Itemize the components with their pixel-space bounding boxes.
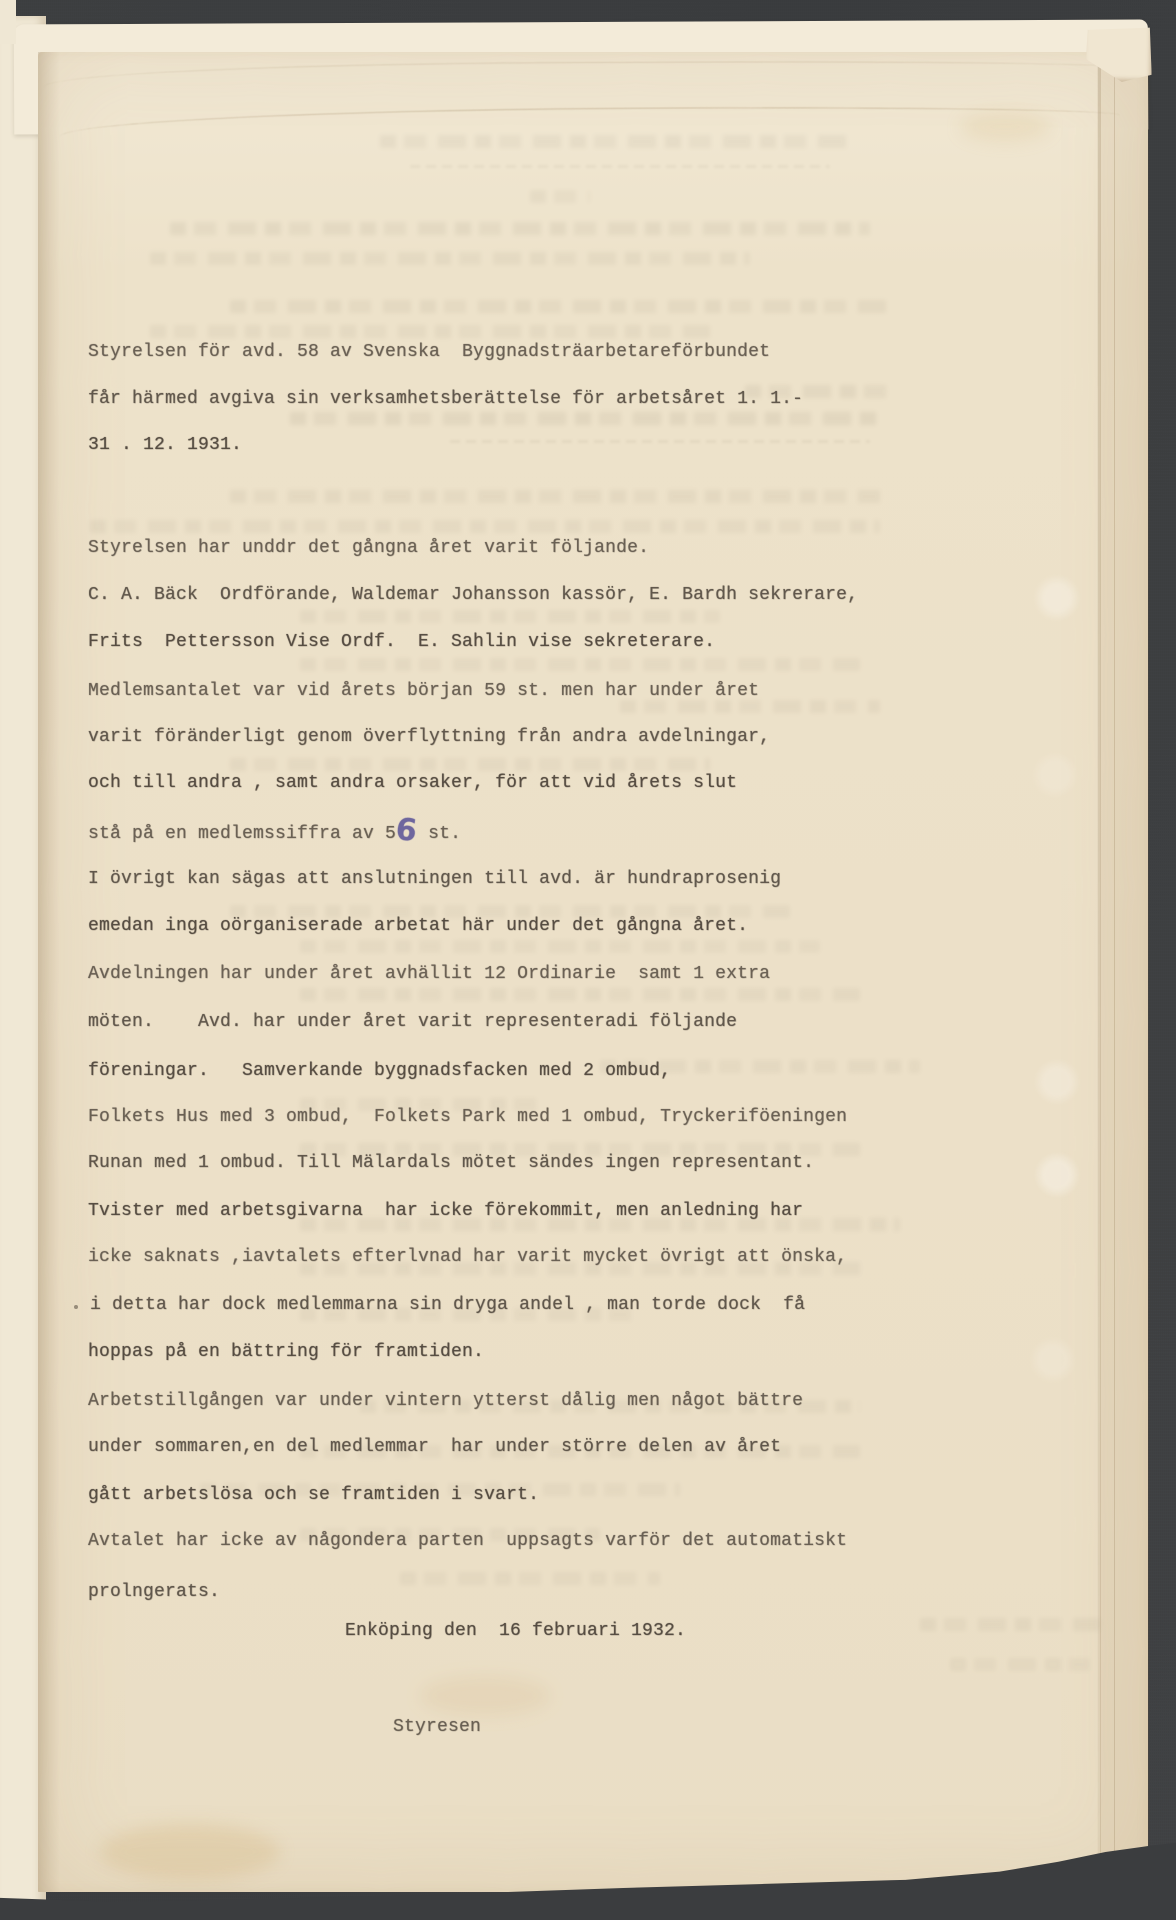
paper-stain	[420, 1676, 550, 1716]
typed-line: Medlemsantalet var vid årets början 59 s…	[88, 680, 759, 702]
ghost-text-smudge	[950, 1658, 1090, 1671]
typed-line: Tvister med arbetsgivarna har icke förek…	[88, 1200, 803, 1222]
typed-line: under sommaren,en del medlemmar har unde…	[88, 1436, 781, 1458]
typed-line: varit föränderligt genom överflyttning f…	[88, 726, 770, 748]
typed-line: emedan inga oörganiserade arbetat här un…	[88, 915, 748, 937]
binding-fold-shadow	[38, 52, 60, 1892]
ghost-text-smudge	[150, 252, 750, 265]
ghost-text-smudge	[920, 1618, 1100, 1631]
typed-line: Runan med 1 ombud. Till Mälardals mötet …	[88, 1152, 814, 1174]
typed-line: föreningar. Samverkande byggnadsfacken m…	[88, 1060, 671, 1082]
typed-line: stå på en medlemssiffra av 56 st.	[88, 820, 461, 845]
typed-line: C. A. Bäck Ordförande, Waldemar Johansso…	[88, 584, 858, 606]
ghost-text-smudge	[230, 300, 890, 313]
ghost-text-smudge	[300, 610, 720, 623]
ghost-text-smudge	[400, 1572, 660, 1585]
page-stack-right-edge	[1100, 56, 1149, 1870]
typed-line: Folkets Hus med 3 ombud, Folkets Park me…	[88, 1106, 847, 1128]
ghost-text-smudge	[300, 940, 820, 953]
typed-line: hoppas på en bättring för framtiden.	[88, 1341, 484, 1363]
ghost-text-smudge	[170, 222, 870, 235]
typed-line: Styrelsen har unddr det gångna året vari…	[88, 537, 649, 559]
typed-line: Styrelsen för avd. 58 av Svenska Byggnad…	[88, 341, 770, 363]
typed-fragment: stå på en medlemssiffra av 5	[88, 824, 396, 844]
handwritten-correction: 6	[395, 821, 418, 841]
typed-line: gått arbetslösa och se framtiden i svart…	[88, 1484, 539, 1506]
ghost-text-smudge	[410, 165, 830, 168]
punch-hole	[1032, 752, 1078, 798]
punch-hole	[1034, 1152, 1080, 1198]
scanned-document-photo: Styrelsen för avd. 58 av Svenska Byggnad…	[0, 0, 1176, 1920]
typed-line: Arbetstillgången var under vintern ytter…	[88, 1390, 803, 1412]
ghost-text-smudge	[300, 658, 860, 671]
punch-hole	[1034, 575, 1080, 621]
typed-line: 31 . 12. 1931.	[88, 434, 242, 456]
ghost-text-smudge	[230, 490, 880, 503]
typed-line: Avdelningen har under året avhällit 12 O…	[88, 963, 770, 985]
ghost-text-smudge	[230, 758, 710, 771]
typed-line: möten. Avd. har under året varit represe…	[88, 1011, 737, 1033]
typed-line: prolngerats.	[88, 1581, 220, 1603]
typed-line: Frits Pettersson Vise Ordf. E. Sahlin vi…	[88, 631, 715, 653]
typed-line: I övrigt kan sägas att anslutningen till…	[88, 868, 781, 890]
ghost-text-smudge	[450, 440, 870, 443]
ghost-text-smudge	[530, 190, 590, 203]
ghost-text-smudge	[290, 412, 880, 425]
ghost-text-smudge	[300, 988, 860, 1001]
paper-stain	[960, 112, 1050, 142]
signature-line: Styresen	[393, 1716, 481, 1738]
typed-line: Avtalet har icke av någondera parten upp…	[88, 1530, 847, 1552]
paper-stain	[100, 1824, 280, 1880]
typed-fragment: st.	[417, 824, 461, 844]
punch-hole	[1034, 1059, 1080, 1105]
ink-speck	[74, 1305, 78, 1309]
ghost-text-smudge	[380, 135, 850, 148]
typed-line: i detta har dock medlemmarna sin dryga a…	[90, 1294, 805, 1316]
ghost-text-smudge	[90, 520, 880, 533]
ghost-text-smudge	[150, 325, 710, 338]
date-line: Enköping den 16 februari 1932.	[345, 1620, 686, 1642]
underlying-page-corner	[0, 0, 16, 44]
typed-line: får härmed avgiva sin verksamhetsberätte…	[88, 388, 803, 410]
typed-line: och till andra , samt andra orsaker, för…	[88, 772, 737, 794]
punch-hole	[1030, 1337, 1076, 1383]
typed-line: icke saknats ,iavtalets efterlvnad har v…	[88, 1246, 847, 1268]
page-edge-line	[1114, 58, 1115, 1864]
